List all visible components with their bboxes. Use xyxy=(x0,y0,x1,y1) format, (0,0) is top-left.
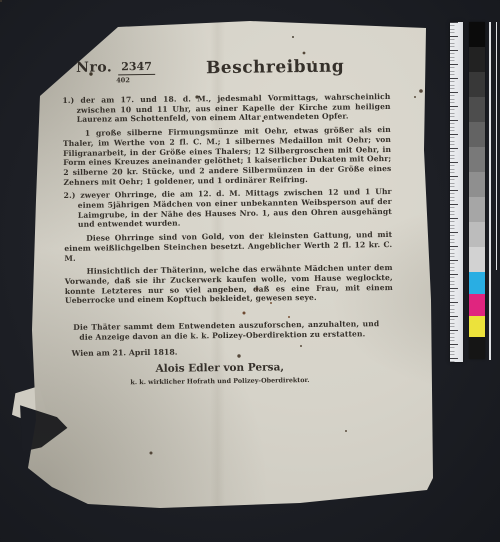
calibration-patch xyxy=(469,316,485,337)
calibration-strip-edge-line xyxy=(489,22,491,360)
calibration-patch xyxy=(469,197,485,222)
paragraph-perpetrator-description: Hinsichtlich der Thäterinn, welche das e… xyxy=(65,263,393,306)
calibration-patch xyxy=(469,247,485,272)
calibration-patch xyxy=(469,172,485,197)
number-label: Nro. xyxy=(76,59,112,75)
calibration-patch xyxy=(469,122,485,147)
document-title: Beschreibung xyxy=(194,56,390,78)
calibration-patch xyxy=(469,222,485,247)
dateline: Wien am 21. April 1818. xyxy=(66,345,394,358)
calibration-patch xyxy=(469,97,485,122)
ink-specks xyxy=(0,0,2,2)
scan-canvas: Nro. 2347 402 Beschreibung 1.) der am 17… xyxy=(0,0,500,542)
signature-block: Alois Edler von Persa, k. k. wirklicher … xyxy=(66,360,394,387)
signature-name: Alois Edler von Persa, xyxy=(66,361,374,377)
paragraph-earrings-description: Diese Ohrringe sind von Gold, von der kl… xyxy=(64,230,392,263)
calibration-patch xyxy=(469,147,485,172)
paragraph-item-2: 2.) zweyer Ohrringe, die am 12. d. M. Mi… xyxy=(64,187,392,230)
calibration-patch xyxy=(469,72,485,97)
document-number-line: Nro. 2347 xyxy=(76,58,194,75)
scan-ruler xyxy=(450,22,463,362)
calibration-strip-edge-line-2 xyxy=(496,22,498,270)
calibration-patch xyxy=(469,47,485,72)
number-value-handwritten: 2347 xyxy=(118,60,155,75)
calibration-patch xyxy=(469,294,485,316)
paragraph-directive: Die Thäter sammt dem Entwendeten auszufo… xyxy=(79,319,379,342)
calibration-patch xyxy=(469,272,485,294)
number-subvalue: 402 xyxy=(116,75,194,84)
document-header: Nro. 2347 402 Beschreibung xyxy=(62,56,390,85)
calibration-patch xyxy=(469,337,485,359)
paragraph-stolen-items: 1 große silberne Firmungsmünze mit Oehr,… xyxy=(63,125,392,187)
calibration-patch xyxy=(469,22,485,47)
document-number: Nro. 2347 402 xyxy=(62,58,194,85)
paragraph-item-1: 1.) der am 17. und 18. d. M., jedesmahl … xyxy=(62,92,390,125)
document-text-block: Nro. 2347 402 Beschreibung 1.) der am 17… xyxy=(62,56,394,387)
calibration-wedge xyxy=(469,22,485,359)
